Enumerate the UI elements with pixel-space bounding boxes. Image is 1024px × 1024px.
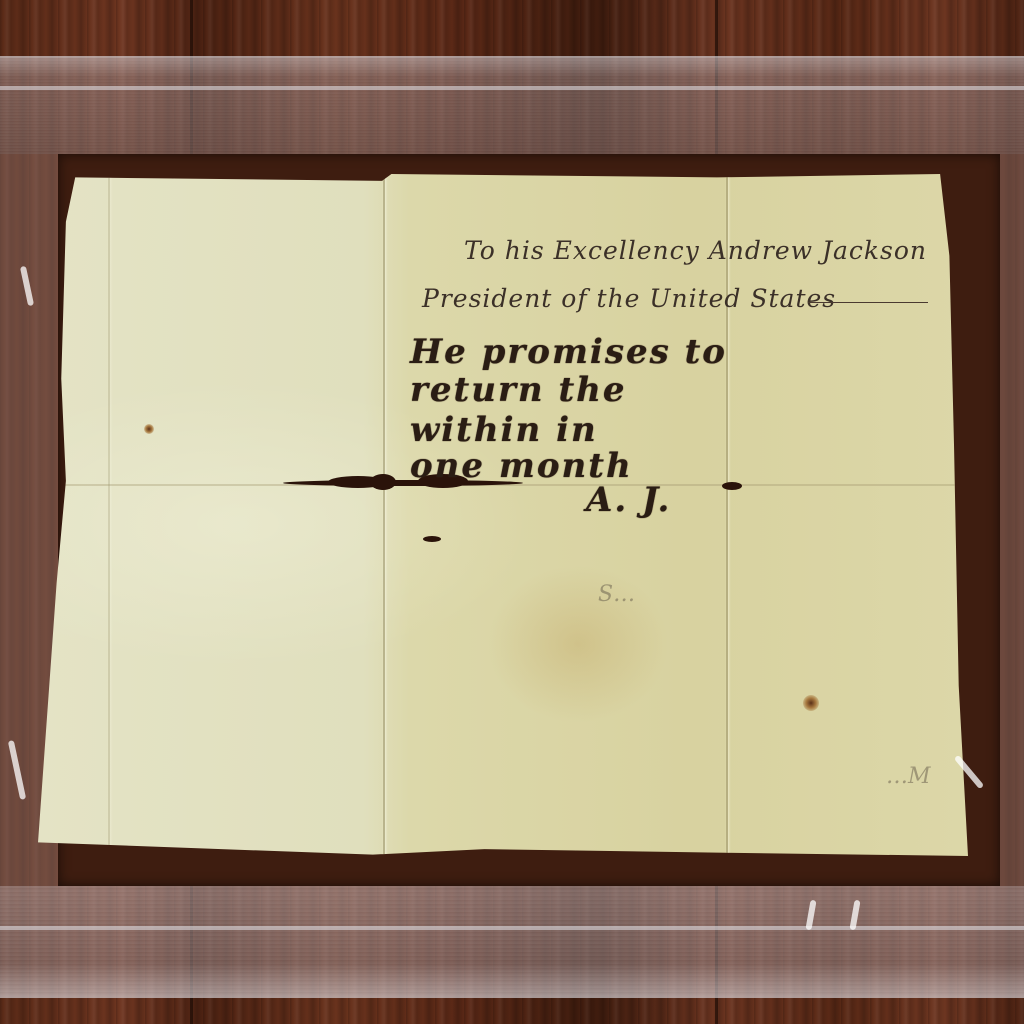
fold-line (108, 174, 110, 856)
holder-right-edge (1000, 154, 1024, 886)
document-paper: To his Excellency Andrew Jackson Preside… (38, 174, 968, 856)
holder-rail (0, 926, 1024, 930)
holder-bottom-band (0, 886, 1024, 996)
paper-tear (370, 474, 396, 490)
endorsement-line-3: within in (410, 410, 598, 450)
holder-top-band (0, 58, 1024, 154)
fold-line (383, 174, 385, 856)
pencil-mark-bottom-right: …M (886, 764, 931, 789)
address-line-2: President of the United States (422, 284, 836, 313)
address-line-1: To his Excellency Andrew Jackson (464, 236, 927, 265)
endorsement-line-1: He promises to (410, 332, 727, 372)
signature-initials: A. J. (586, 480, 671, 520)
address-underline (808, 302, 928, 303)
ink-stain (803, 695, 819, 711)
fold-line (726, 174, 728, 856)
endorsement-line-2: return the (410, 370, 627, 410)
holder-rail (0, 86, 1024, 90)
pencil-mark-center: S… (598, 582, 635, 607)
ink-stain (144, 424, 154, 434)
paper-hole (423, 536, 441, 542)
paper-hole (722, 482, 742, 490)
